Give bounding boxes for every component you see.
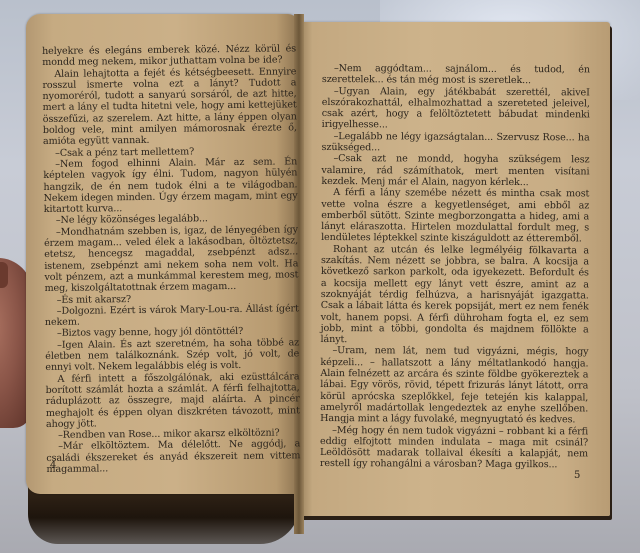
thumbnail-shadow	[0, 262, 8, 288]
paragraph: –Csak azt ne mondd, hogyha szükségem les…	[321, 153, 589, 188]
left-page-text: helyekre és elegáns emberek közé. Nézz k…	[42, 43, 300, 475]
paragraph: –Már elköltöztem. Ma délelőtt. Ne aggódj…	[46, 439, 300, 476]
paragraph: –Nem fogod elhinni Alain. Már az sem. Én…	[43, 156, 298, 215]
left-page-number: 4	[50, 460, 56, 471]
paragraph: –Igen Alain. És azt szeretném, ha soha t…	[45, 337, 299, 374]
paragraph: –Legalább ne légy igazságtalan... Szervu…	[322, 131, 590, 155]
right-page-text: –Nem aggódtam... sajnálom... és tudod, é…	[320, 63, 590, 471]
paragraph: A férfi intett a főszolgálónak, aki ezüs…	[45, 371, 300, 430]
paragraph: –Nem aggódtam... sajnálom... és tudod, é…	[322, 63, 590, 87]
paragraph: A férfi a lány szemébe nézett és mintha …	[321, 187, 589, 245]
right-page-number: 5	[574, 470, 580, 481]
paragraph: Rohant az utcán és lelke legmélyéig fölk…	[321, 244, 590, 347]
paragraph: –Uram, nem lát, nem tud vigyázni, mégis,…	[320, 345, 588, 425]
paragraph: –Ugyan Alain, egy játékbabát szerettél, …	[322, 86, 590, 133]
paragraph: –Mondhatnám szebben is, igaz, de lényegé…	[44, 224, 299, 294]
paragraph: Alain lehajtotta a fejét és kétségbeeset…	[42, 66, 297, 148]
paragraph: –Dolgozni. Ezért is várok Mary-Lou-ra. Á…	[45, 303, 299, 328]
paragraph: helyekre és elegáns emberek közé. Nézz k…	[42, 43, 296, 68]
paragraph: –Még hogy én nem tudok vigyázni – robban…	[320, 424, 588, 471]
